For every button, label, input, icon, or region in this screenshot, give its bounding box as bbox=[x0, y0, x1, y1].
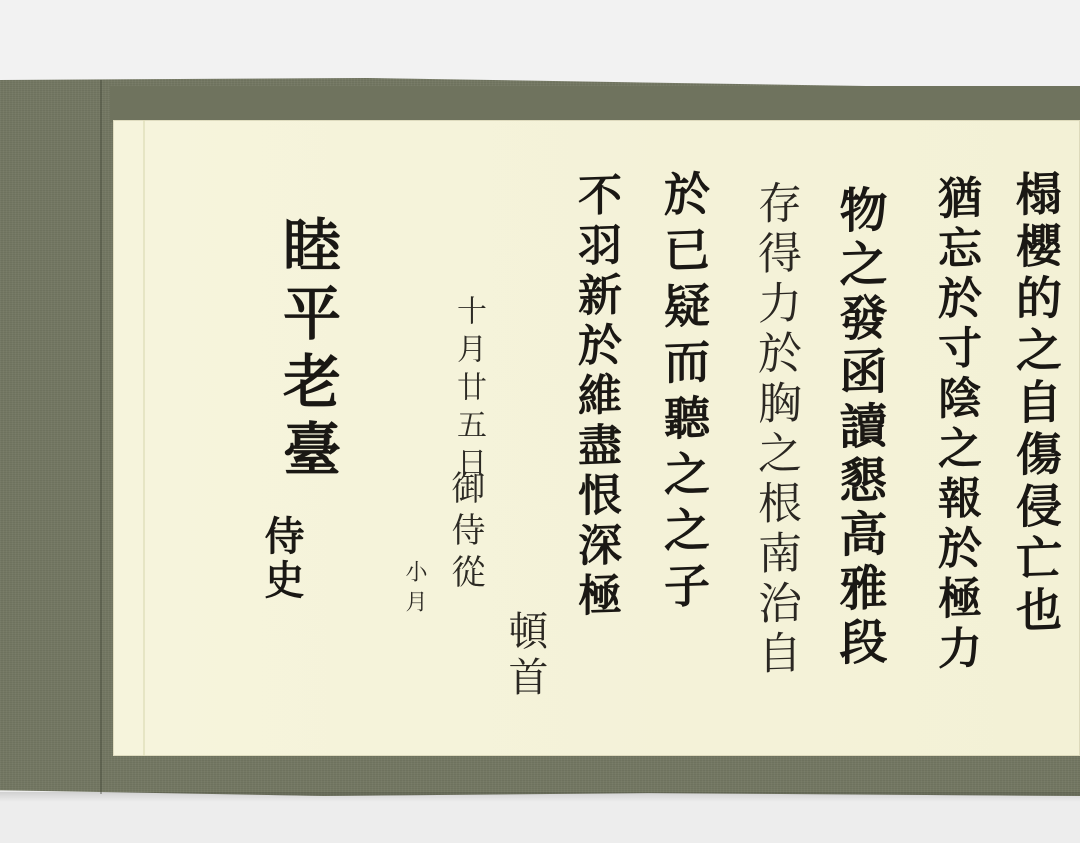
date-line: 十月廿五日 bbox=[453, 295, 483, 485]
text-column-4: 存得力於胸之根南治自 bbox=[753, 179, 797, 681]
silk-mount-top-band bbox=[110, 86, 1080, 122]
photo-stage: 榻櫻的之自傷侵亡也 猶忘於寸陰之報於極力 物之發函讀懇高雅段 存得力於胸之根南治… bbox=[0, 0, 1080, 843]
mount-seam bbox=[100, 80, 102, 794]
text-column-3: 物之發函讀懇高雅段 bbox=[835, 184, 883, 672]
text-column-5: 於已疑而聽之之子 bbox=[661, 169, 707, 619]
sender-note: 小月 bbox=[403, 560, 425, 620]
text-column-6: 不羽新於維盡恨深極 bbox=[573, 171, 617, 623]
paper-fold-line bbox=[143, 120, 145, 756]
addressee-suffix: 侍史 bbox=[261, 515, 301, 603]
calligraphy-paper: 榻櫻的之自傷侵亡也 猶忘於寸陰之報於極力 物之發函讀懇高雅段 存得力於胸之根南治… bbox=[113, 120, 1080, 756]
text-column-2: 猶忘於寸陰之報於極力 bbox=[933, 174, 977, 676]
closing-text: 頓首 bbox=[505, 610, 545, 702]
text-column-1: 榻櫻的之自傷侵亡也 bbox=[1013, 169, 1059, 639]
sender-line: 御侍從 bbox=[448, 470, 482, 596]
scroll-shadow bbox=[0, 792, 1080, 802]
addressee-name: 睦平老臺 bbox=[278, 215, 336, 487]
